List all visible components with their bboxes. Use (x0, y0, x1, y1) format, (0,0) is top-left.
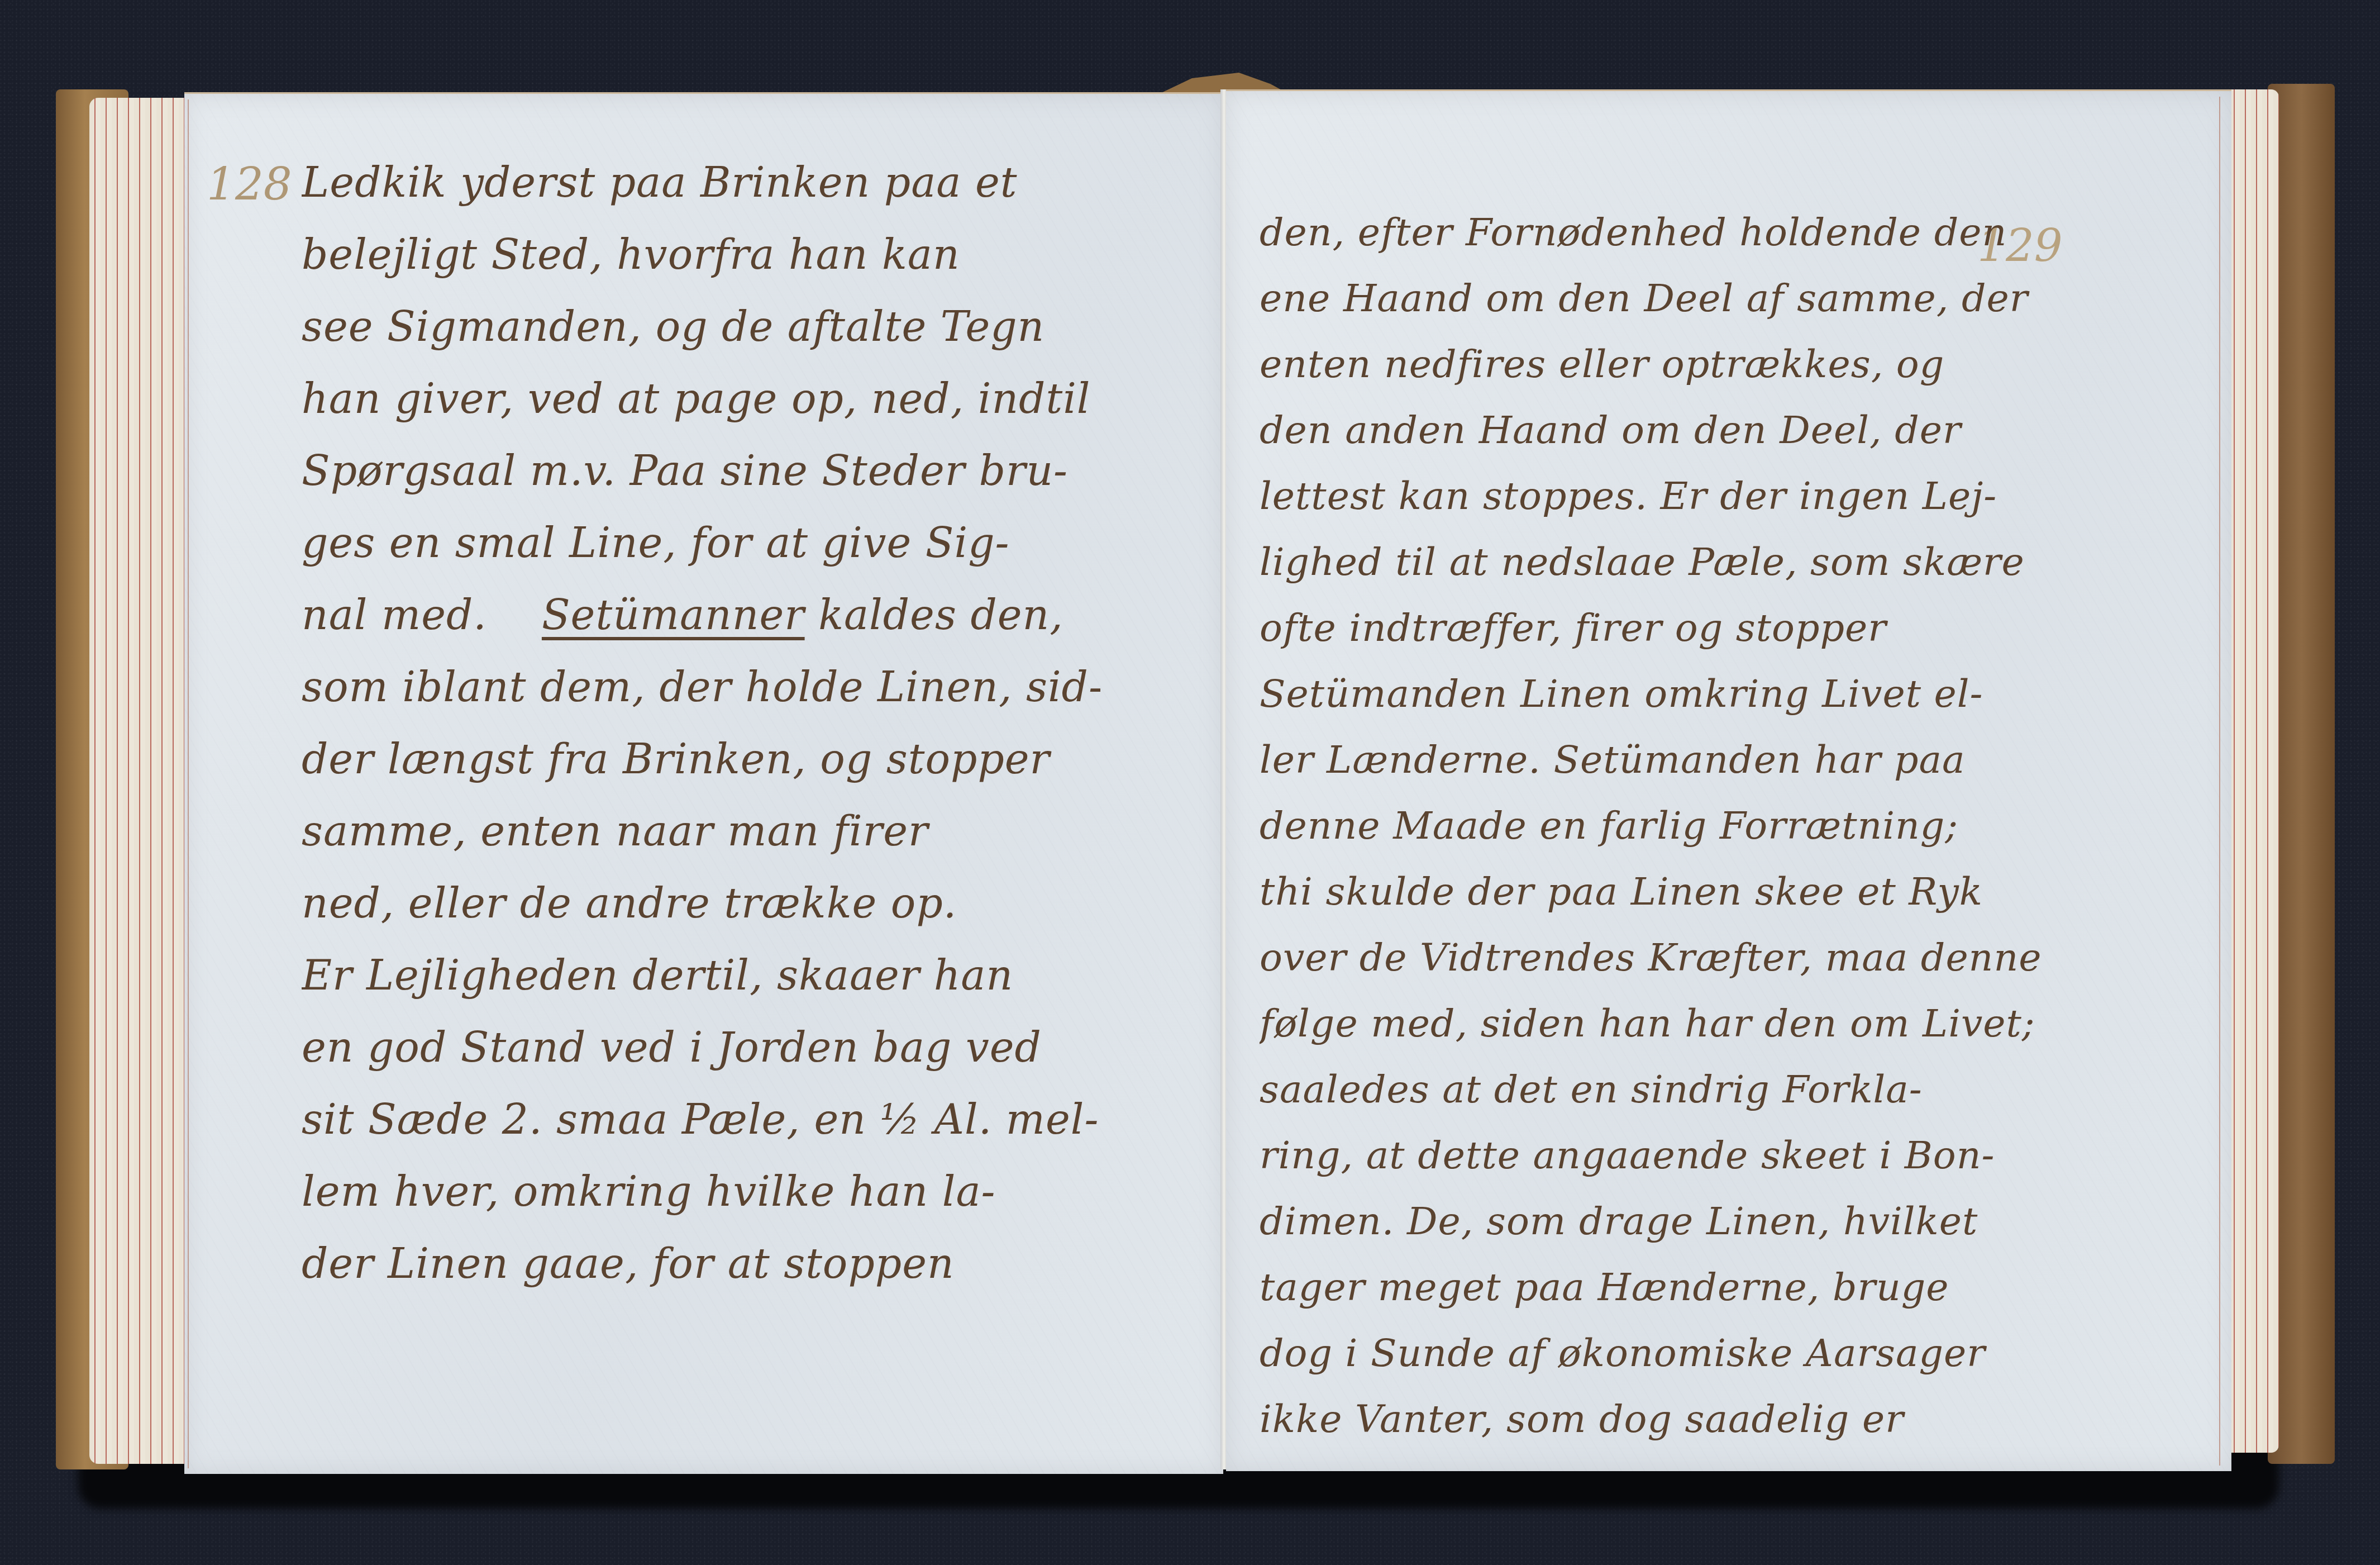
text-line: han giver, ved at page op, ned, indtil (302, 363, 1100, 435)
margin-rule (2219, 97, 2220, 1466)
right-page: 129 den, efter Fornødenhed holdende den … (1226, 89, 2231, 1471)
text-line: Spørgsaal m.v. Paa sine Steder bru- (302, 435, 1100, 507)
text-line: denne Maade en farlig Forrætning; (1260, 793, 2081, 859)
text-line: Er Lejligheden dertil, skaaer han (302, 940, 1100, 1012)
page-number: 128 (207, 158, 292, 210)
margin-rule (188, 99, 189, 1468)
text-line: samme, enten naar man firer (302, 796, 1100, 868)
handwritten-text: Ledkik yderst paa Brinken paa et belejli… (302, 147, 1100, 1300)
text-line: belejligt Sted, hvorfra han kan (302, 219, 1100, 291)
text-fragment: nal med. (302, 591, 487, 639)
page-edges-left (89, 98, 184, 1464)
text-line: som iblant dem, der holde Linen, sid- (302, 651, 1100, 724)
text-fragment: kaldes den, (818, 591, 1063, 639)
page-edges-right (2229, 89, 2279, 1453)
text-line: ene Haand om den Deel af samme, der (1260, 266, 2081, 332)
text-line: følge med, siden han har den om Livet; (1260, 991, 2081, 1057)
text-line: dimen. De, som drage Linen, hvilket (1260, 1189, 2081, 1255)
text-line: lighed til at nedslaae Pæle, som skære (1260, 530, 2081, 596)
text-line: dog i Sunde af økonomiske Aarsager (1260, 1321, 2081, 1387)
text-line: saaledes at det en sindrig Forkla- (1260, 1057, 2081, 1123)
text-line: lettest kan stoppes. Er der ingen Lej- (1260, 464, 2081, 530)
text-line: ikke Vanter, som dog saadelig er (1260, 1387, 2081, 1453)
text-line: den anden Haand om den Deel, der (1260, 398, 2081, 464)
text-line: Setümanden Linen omkring Livet el- (1260, 662, 2081, 727)
text-line: ring, at dette angaaende skeet i Bon- (1260, 1123, 2081, 1189)
text-line: ges en smal Line, for at give Sig- (302, 507, 1100, 579)
left-page: 128 Ledkik yderst paa Brinken paa et bel… (184, 92, 1223, 1474)
text-line: see Sigmanden, og de aftalte Tegn (302, 291, 1100, 363)
text-line: over de Vidtrendes Kræfter, maa denne (1260, 925, 2081, 991)
text-line: tager meget paa Hænderne, bruge (1260, 1255, 2081, 1321)
text-line: lem hver, omkring hvilke han la- (302, 1156, 1100, 1228)
text-line: den, efter Fornødenhed holdende den (1260, 200, 2081, 266)
text-line-with-term: nal med. Setümanner kaldes den, (302, 579, 1100, 651)
text-line: sit Sæde 2. smaa Pæle, en ½ Al. mel- (302, 1084, 1100, 1156)
text-line: enten nedfires eller optrækkes, og (1260, 332, 2081, 398)
text-line: en god Stand ved i Jorden bag ved (302, 1012, 1100, 1084)
handwritten-text: den, efter Fornødenhed holdende den ene … (1260, 200, 2081, 1453)
text-line: der Linen gaae, for at stoppen (302, 1228, 1100, 1300)
text-line: thi skulde der paa Linen skee et Ryk (1260, 859, 2081, 925)
underlined-term: Setümanner (542, 591, 805, 639)
text-line: der længst fra Brinken, og stopper (302, 724, 1100, 796)
text-line: ler Lænderne. Setümanden har paa (1260, 727, 2081, 793)
text-line: Ledkik yderst paa Brinken paa et (302, 147, 1100, 219)
text-line: ofte indtræffer, firer og stopper (1260, 596, 2081, 662)
text-line: ned, eller de andre trække op. (302, 868, 1100, 940)
